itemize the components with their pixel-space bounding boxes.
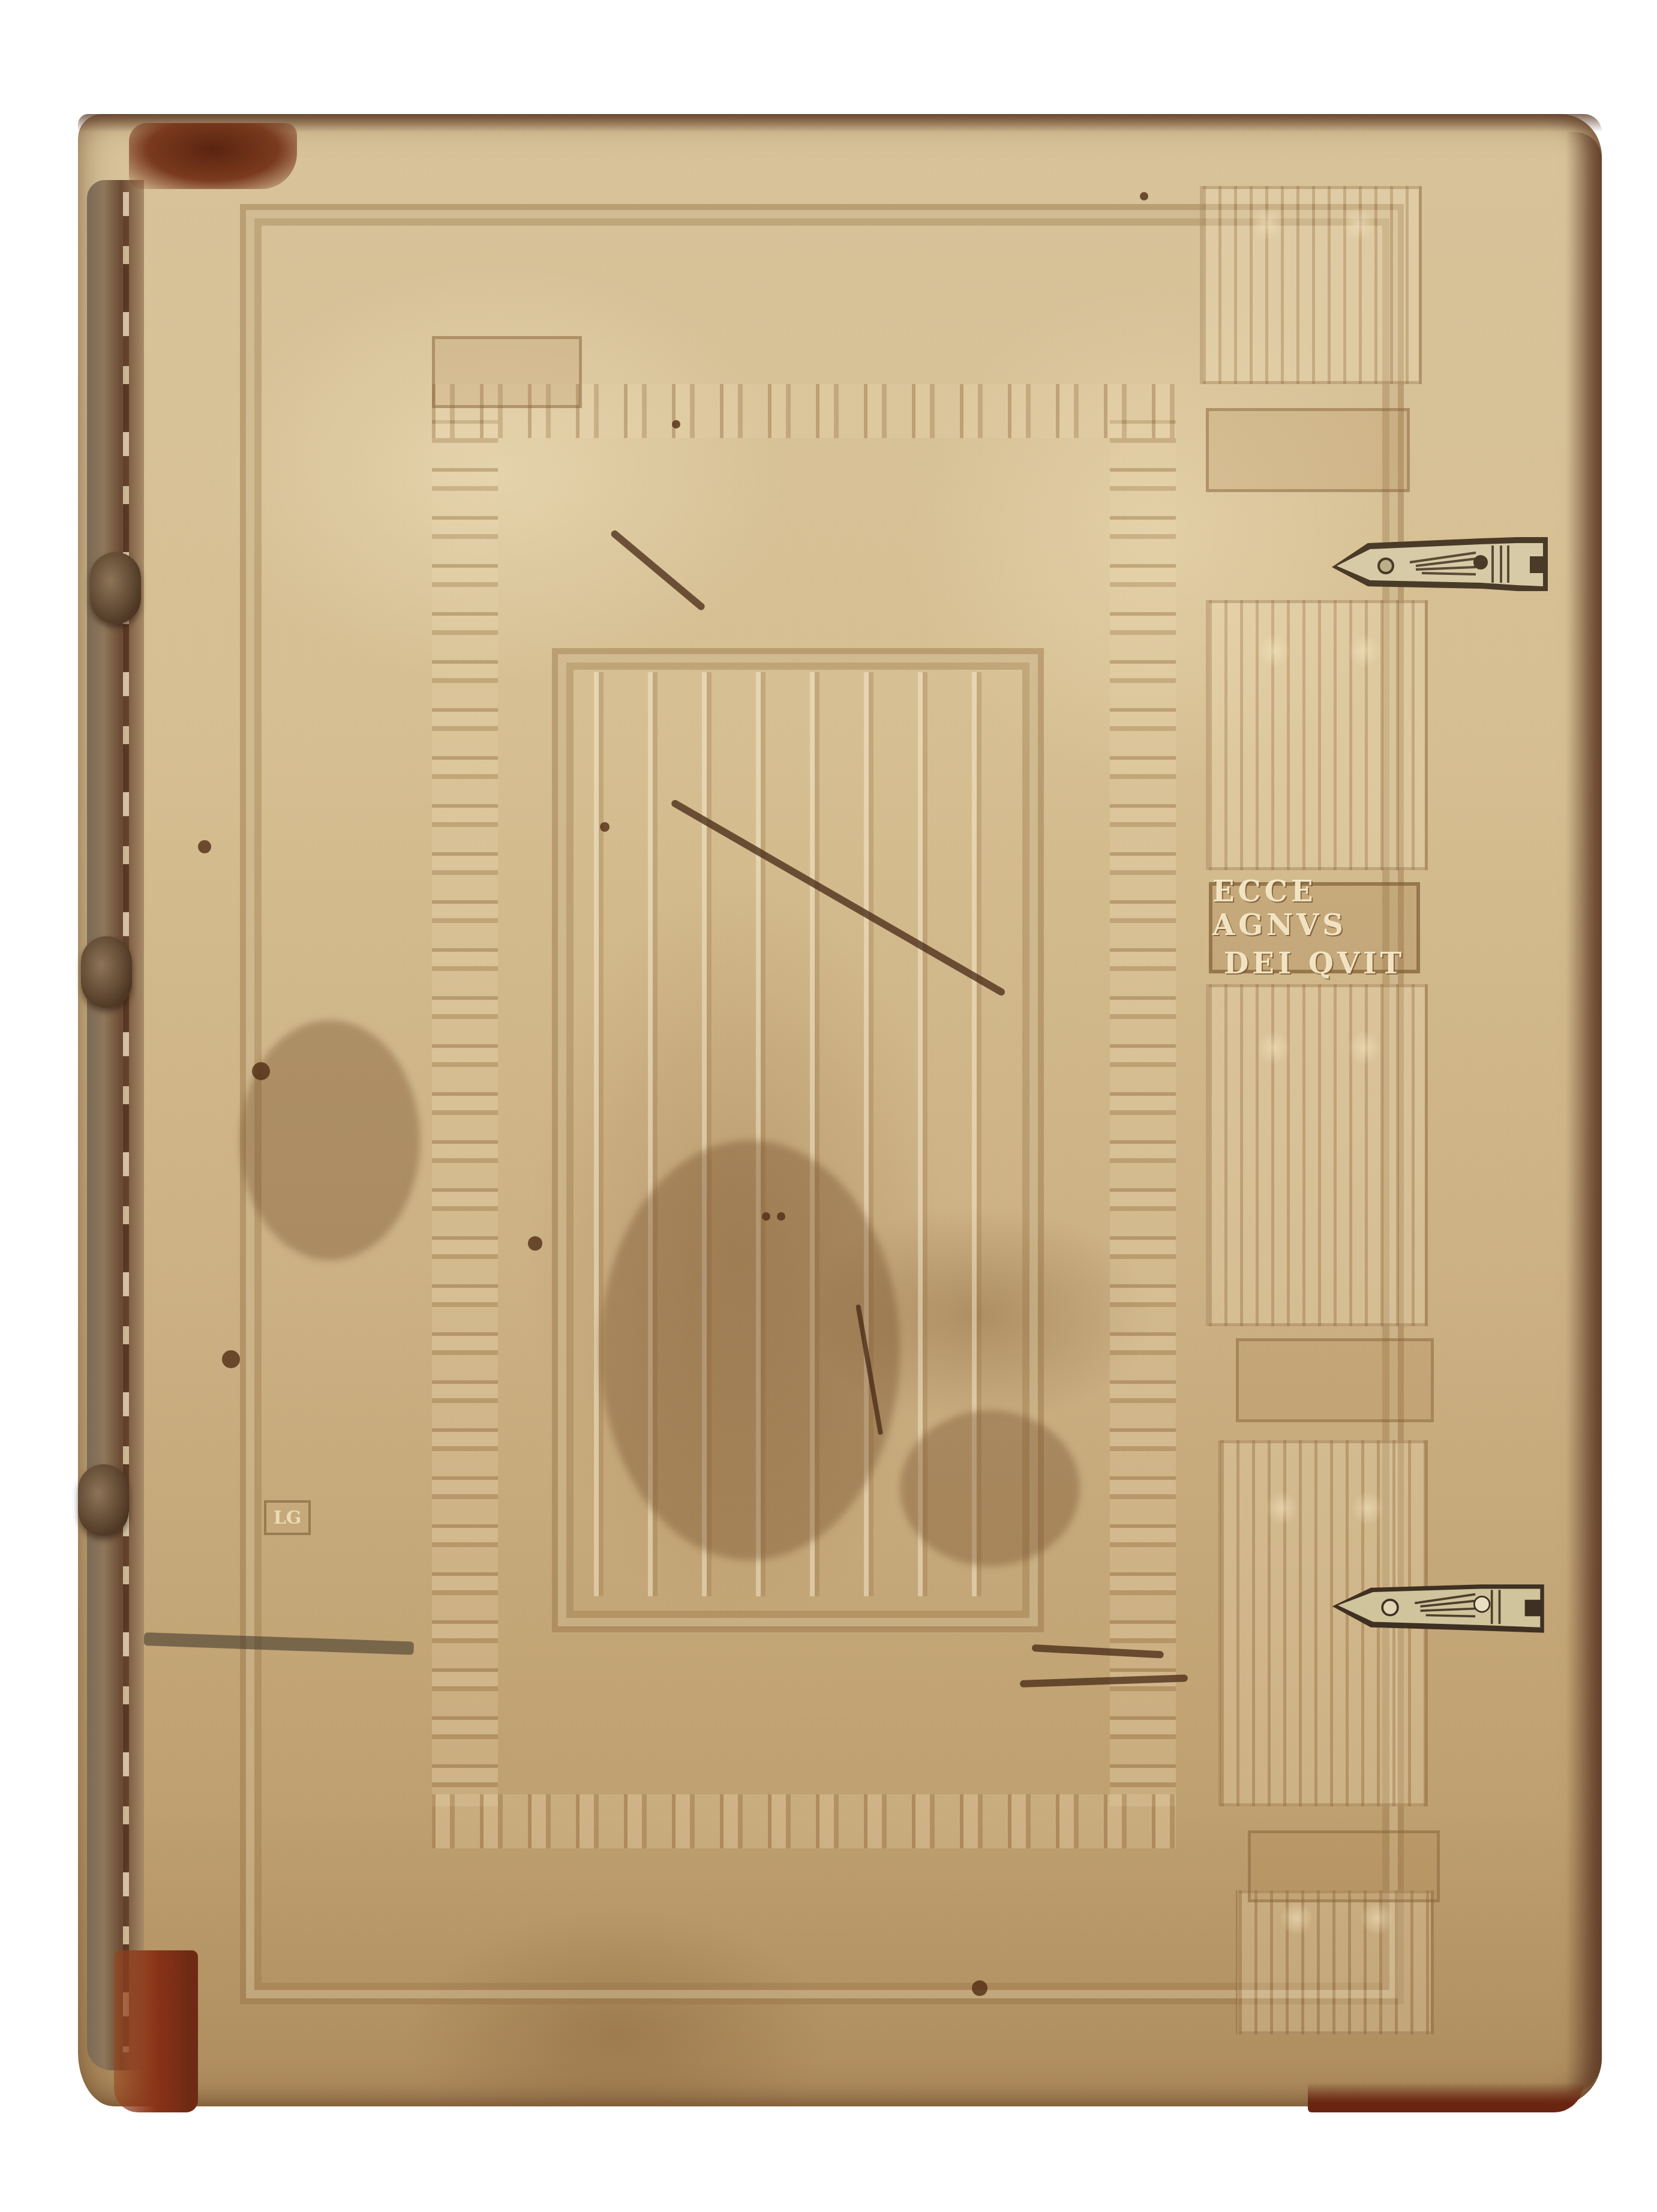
worn-cartouche-middle <box>1236 1338 1434 1422</box>
wormhole <box>222 1350 240 1368</box>
wormhole <box>1140 192 1148 200</box>
worn-stamp-upper-left <box>432 336 582 408</box>
roll-stamp-border-right <box>1110 420 1176 1806</box>
wormhole <box>252 1062 270 1080</box>
inscription-cartouche: ECCE AGNVS DEI QVIT <box>1209 882 1420 973</box>
stamp-monogram: LG <box>264 1500 311 1535</box>
brass-clasp-upper <box>1326 531 1554 597</box>
worn-cartouche-lower <box>1248 1830 1440 1902</box>
stain <box>900 1410 1080 1566</box>
wormhole <box>198 840 211 853</box>
wormhole <box>528 1236 542 1251</box>
roll-stamp-border-bottom <box>432 1794 1176 1848</box>
spine-hinge-crack <box>123 192 129 2052</box>
cover-top-edge <box>78 114 1602 132</box>
corner-stain-top-left <box>129 123 297 189</box>
stain <box>240 1020 420 1260</box>
figure-panel-saints <box>1206 600 1428 870</box>
roll-stamp-border-left <box>432 420 498 1806</box>
wormhole <box>672 420 680 428</box>
figure-panel-top <box>1200 186 1422 384</box>
corner-stain-bottom-right <box>1308 2082 1584 2112</box>
corner-stain-bottom-left <box>114 1950 198 2112</box>
spine-raised-band <box>81 936 132 1008</box>
figure-panel-bottom <box>1236 1890 1434 2034</box>
wormhole <box>600 822 610 832</box>
wormhole <box>762 1212 770 1221</box>
worn-cartouche-upper <box>1206 408 1410 492</box>
wormhole <box>777 1212 785 1221</box>
clasp-icon <box>1326 531 1554 597</box>
wormhole <box>972 1980 987 1996</box>
inscription-line-1: ECCE AGNVS <box>1212 875 1416 942</box>
cover-fore-edge <box>1566 132 1602 2094</box>
brass-clasp-lower <box>1317 1572 1557 1638</box>
stain <box>600 1140 900 1560</box>
figure-panel-ornament <box>1206 984 1428 1326</box>
spine-raised-band <box>90 552 141 624</box>
inscription-line-2: DEI QVIT <box>1224 947 1406 981</box>
book-spine <box>87 180 144 2070</box>
clasp-icon <box>1317 1572 1557 1638</box>
spine-raised-band <box>78 1464 129 1536</box>
